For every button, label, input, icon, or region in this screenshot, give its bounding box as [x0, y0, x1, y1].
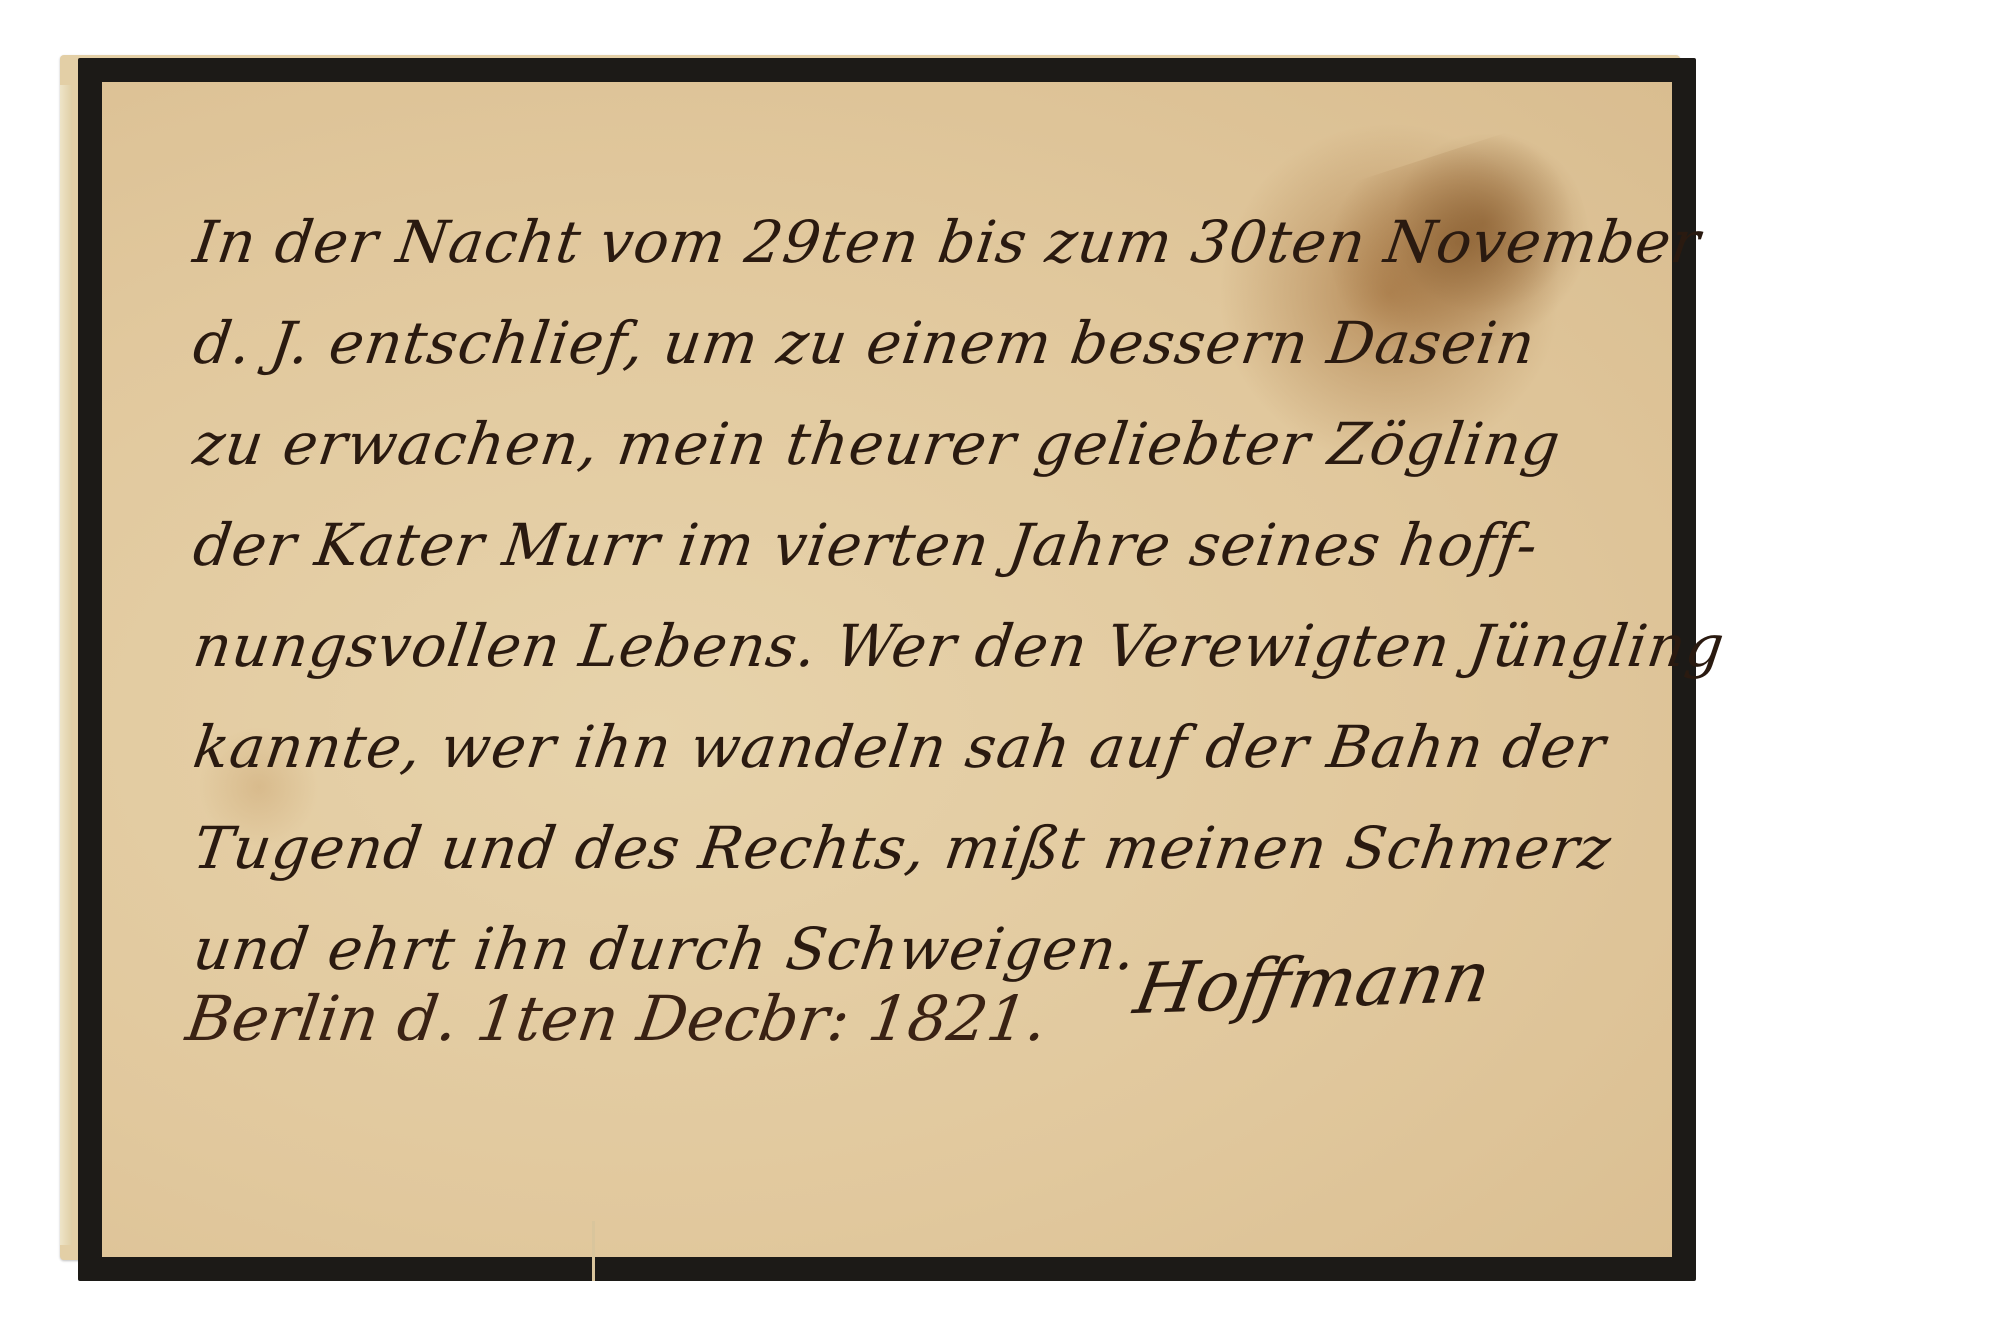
message-line-5: nungsvollen Lebens. Wer den Verewigten J…: [187, 596, 1621, 697]
message-line-7: Tugend und des Rechts, mißt meinen Schme…: [187, 798, 1621, 899]
message-line-4: der Kater Murr im vierten Jahre seines h…: [187, 495, 1621, 596]
message-line-3: zu erwachen, mein theurer geliebter Zögl…: [187, 394, 1621, 495]
black-mourning-border: In der Nacht vom 29ten bis zum 30ten Nov…: [78, 58, 1696, 1281]
place-and-date: Berlin d. 1ten Decbr: 1821.: [182, 982, 1052, 1055]
page: In der Nacht vom 29ten bis zum 30ten Nov…: [0, 0, 2000, 1327]
handwritten-message: In der Nacht vom 29ten bis zum 30ten Nov…: [187, 192, 1607, 1000]
mourning-card: In der Nacht vom 29ten bis zum 30ten Nov…: [60, 55, 1680, 1260]
paper-tear: [592, 1221, 595, 1281]
message-line-2: d. J. entschlief, um zu einem bessern Da…: [187, 293, 1621, 394]
message-line-1: In der Nacht vom 29ten bis zum 30ten Nov…: [187, 192, 1621, 293]
signature: Hoffmann: [1129, 936, 1497, 1030]
message-line-6: kannte, wer ihn wandeln sah auf der Bahn…: [187, 697, 1621, 798]
closing-row: Berlin d. 1ten Decbr: 1821. Hoffmann: [187, 982, 1607, 1092]
card-paper-edge: [60, 85, 72, 1245]
